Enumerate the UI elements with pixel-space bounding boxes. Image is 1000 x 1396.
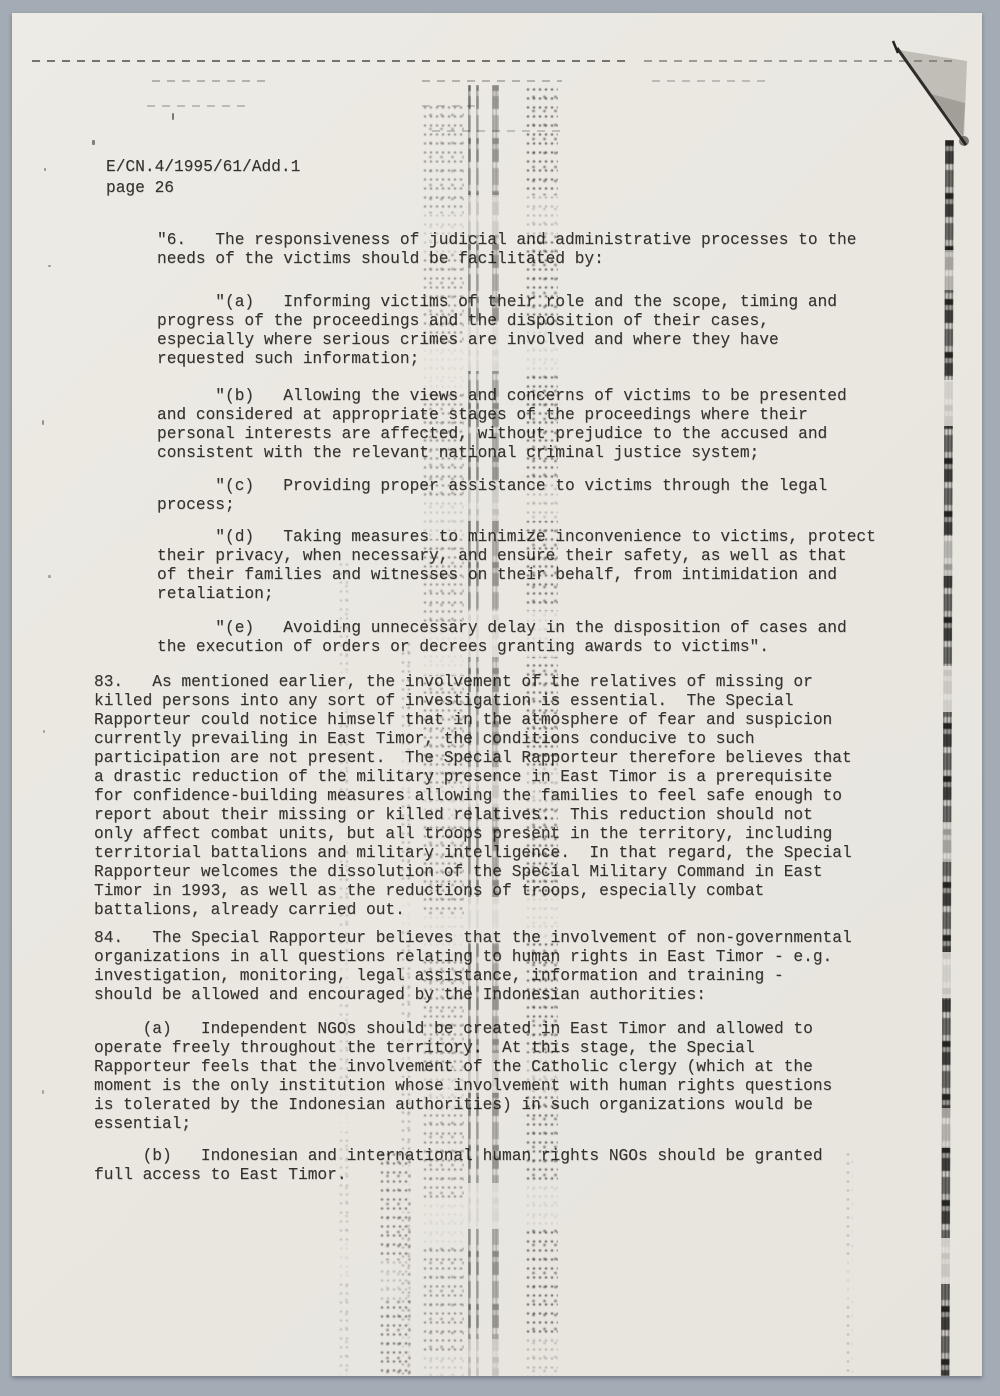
paragraph-83: 83. As mentioned earlier, the involvemen… [94, 673, 852, 920]
faint-dash-marks [652, 80, 772, 82]
scan-streak-artifact [845, 1150, 853, 1376]
scan-speck [48, 575, 51, 578]
faint-dash-marks [432, 130, 562, 132]
scanned-page-background: { "colors": { "scanner_background": "#a3… [0, 0, 1000, 1396]
paragraph-quote-e: "(e) Avoiding unnecessary delay in the d… [157, 619, 847, 657]
document-paper-sheet: E/CN.4/1995/61/Add.1 page 26 "6. The res… [12, 13, 982, 1376]
faint-dash-marks [147, 105, 247, 107]
paragraph-84: 84. The Special Rapporteur believes that… [94, 929, 852, 1005]
scan-speck [43, 730, 45, 733]
paragraph-quote-6: "6. The responsiveness of judicial and a… [157, 231, 856, 269]
scan-speck [172, 113, 174, 120]
scan-speck [42, 1090, 44, 1094]
folded-corner-artifact [867, 33, 992, 183]
scan-speck [44, 168, 46, 171]
page-number: page 26 [106, 179, 174, 198]
paragraph-84a: (a) Independent NGOs should be created i… [94, 1020, 832, 1134]
right-edge-streak-artifact [941, 140, 954, 1376]
faint-dash-marks [422, 80, 562, 82]
scan-speck [92, 140, 95, 145]
scan-speck [48, 265, 51, 267]
scan-speck [42, 420, 44, 425]
paragraph-quote-c: "(c) Providing proper assistance to vict… [157, 477, 827, 515]
paragraph-quote-b: "(b) Allowing the views and concerns of … [157, 387, 847, 463]
paragraph-quote-a: "(a) Informing victims of their role and… [157, 293, 837, 369]
faint-dash-marks [152, 80, 272, 82]
paragraph-84b: (b) Indonesian and international human r… [94, 1147, 823, 1185]
faint-dash-marks [422, 105, 482, 107]
dashed-cut-line [32, 60, 632, 62]
document-symbol: E/CN.4/1995/61/Add.1 [106, 158, 300, 177]
paragraph-quote-d: "(d) Taking measures to minimize inconve… [157, 528, 876, 604]
